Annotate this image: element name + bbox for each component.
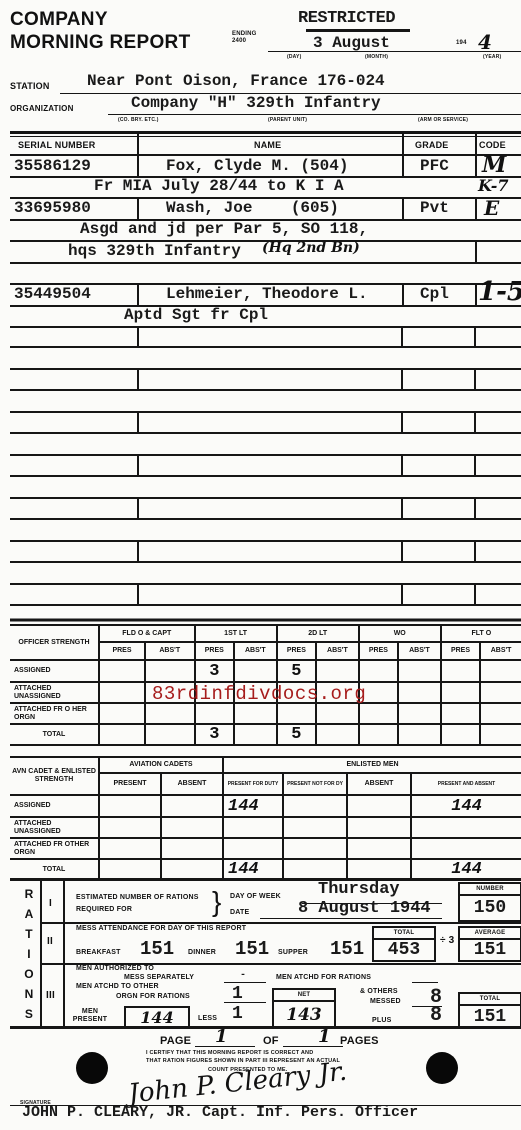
atchd-other-label-1: MEN ATCHD TO OTHER xyxy=(76,983,159,990)
form-title-line1: COMPANY xyxy=(10,10,108,30)
mess-sep-line xyxy=(224,982,266,983)
col-divider xyxy=(137,197,139,219)
col-header-grade: GRADE xyxy=(415,140,449,150)
officer-cell xyxy=(234,660,277,682)
officer-cell xyxy=(359,660,398,682)
total-label: TOTAL xyxy=(374,928,434,940)
rations-numeral-divider xyxy=(63,880,65,1026)
page-label: PAGE xyxy=(160,1035,191,1047)
officer-cell xyxy=(441,660,480,682)
watermark-text: 83rdinfdivdocs.org xyxy=(152,683,366,705)
enlisted-cell: 144 xyxy=(411,859,521,880)
officer-signature: John P. Cleary Jr. xyxy=(127,1057,348,1110)
officer-cell xyxy=(234,724,277,745)
organization-value: Company "H" 329th Infantry xyxy=(131,94,381,112)
subcol-pres: PRES xyxy=(99,642,145,660)
mess-sep-value: - xyxy=(240,970,246,981)
supper-label: SUPPER xyxy=(278,949,308,956)
group-2d-lt: 2D LT xyxy=(277,625,359,642)
total-value: 453 xyxy=(374,940,434,960)
atchd-for-rations-line xyxy=(412,982,438,983)
entry-handwritten-note: (Hq 2nd Bn) xyxy=(262,240,360,256)
section-iii-numeral: III xyxy=(46,990,55,1001)
men-present-box: 144 xyxy=(124,1006,190,1028)
entry-serial: 35586129 xyxy=(14,157,91,175)
less-label: LESS xyxy=(198,1015,217,1022)
entry-serial: 33695980 xyxy=(14,199,91,217)
divide-by-three: ÷ 3 xyxy=(440,935,454,946)
section-i-numeral: I xyxy=(49,898,52,909)
number-value: 150 xyxy=(460,896,520,920)
net-value: 143 xyxy=(274,1002,334,1028)
officer-cell xyxy=(99,660,145,682)
subcol-pres: PRES xyxy=(441,642,480,660)
officer-cell xyxy=(398,703,441,724)
plus-value: 8 xyxy=(430,1004,442,1027)
officer-cell xyxy=(398,724,441,745)
subcol-abst: ABS'T xyxy=(480,642,521,660)
organization-line xyxy=(108,114,521,115)
enlisted-cell xyxy=(283,859,347,880)
mess-sep-label-2: MESS SEPARATELY xyxy=(124,974,194,981)
enlisted-cell: 144 xyxy=(411,795,521,817)
enlisted-cell xyxy=(99,838,161,859)
col-absent: ABSENT xyxy=(161,773,223,795)
table-top-border xyxy=(10,131,521,134)
enlisted-cell xyxy=(161,795,223,817)
side-letter: O xyxy=(22,964,36,984)
enlisted-cell xyxy=(99,859,161,880)
officer-cell xyxy=(145,660,195,682)
month-caption: (MONTH) xyxy=(365,54,388,60)
col-present-and-absent: PRESENT AND ABSENT xyxy=(411,773,521,795)
officer-cell xyxy=(234,703,277,724)
enlisted-cell xyxy=(99,817,161,838)
year-line xyxy=(470,51,521,52)
blank-entry-rows xyxy=(10,326,521,626)
row-label-total: TOTAL xyxy=(10,859,99,880)
officer-cell xyxy=(316,703,359,724)
ruled-lines-graphic xyxy=(10,326,521,626)
rations-bottom-border xyxy=(10,1026,521,1029)
enlisted-cell xyxy=(347,838,411,859)
col-header-serial: SERIAL NUMBER xyxy=(18,140,95,150)
entry-serial: 35449504 xyxy=(14,285,91,303)
men-present-label: MEN PRESENT xyxy=(70,1008,110,1024)
breakfast-value: 151 xyxy=(140,938,174,960)
side-letter: S xyxy=(22,1004,36,1024)
entry-code: 1-5 xyxy=(478,277,521,307)
average-value: 151 xyxy=(460,940,520,960)
officer-cell: 3 xyxy=(195,660,234,682)
officer-cell xyxy=(99,703,145,724)
col-divider xyxy=(475,240,477,262)
side-letter: N xyxy=(22,984,36,1004)
year-caption: (YEAR) xyxy=(483,54,501,60)
classification-stamp: RESTRICTED xyxy=(298,9,395,28)
side-letter: R xyxy=(22,884,36,904)
officer-cell xyxy=(99,682,145,703)
col-divider xyxy=(402,283,404,305)
date-line xyxy=(260,918,442,919)
day-of-week-label: DAY OF WEEK xyxy=(230,893,281,900)
group-aviation-cadets: AVIATION CADETS xyxy=(99,757,223,773)
group-fld-o-capt: FLD O & CAPT xyxy=(99,625,195,642)
certify-line-1: I CERTIFY THAT THIS MORNING REPORT IS CO… xyxy=(146,1050,313,1056)
col-present-not-for-duty: PRESENT NOT FOR DY xyxy=(283,773,347,795)
row-label-attached-other-orgn: ATTACHED FR O HER ORGN xyxy=(10,703,99,724)
col-divider xyxy=(402,197,404,219)
station-value: Near Pont Oison, France 176-024 xyxy=(87,72,385,90)
men-present-value: 144 xyxy=(126,1008,188,1028)
average-box: AVERAGE 151 xyxy=(458,926,521,962)
enlisted-cell xyxy=(283,795,347,817)
subcol-abst: ABS'T xyxy=(234,642,277,660)
subcol-abst: ABS'T xyxy=(398,642,441,660)
group-enlisted-men: ENLISTED MEN xyxy=(223,757,521,773)
group-flt-o: FLT O xyxy=(441,625,521,642)
row-label-assigned: ASSIGNED xyxy=(10,660,99,682)
header-row-line xyxy=(10,154,521,156)
col-divider xyxy=(402,154,404,176)
group-1st-lt: 1ST LT xyxy=(195,625,277,642)
enlisted-cell xyxy=(347,817,411,838)
subcol-abst: ABS'T xyxy=(145,642,195,660)
row-label-attached-unassigned: ATTACHED UNASSIGNED xyxy=(10,682,99,703)
enlisted-cell: 144 xyxy=(223,795,283,817)
enlisted-cell xyxy=(283,817,347,838)
enlisted-cell: 144 xyxy=(223,859,283,880)
subcol-pres: PRES xyxy=(195,642,234,660)
officer-strength-title: OFFICER STRENGTH xyxy=(10,625,99,660)
rations-total-value: 151 xyxy=(460,1006,520,1028)
officer-cell xyxy=(359,703,398,724)
dinner-value: 151 xyxy=(235,938,269,960)
officer-cell xyxy=(359,724,398,745)
total-box: TOTAL 453 xyxy=(372,926,436,962)
officer-cell xyxy=(316,660,359,682)
number-box: NUMBER 150 xyxy=(458,882,521,922)
col-header-name: NAME xyxy=(254,140,281,150)
row-line xyxy=(10,262,521,264)
officer-cell xyxy=(480,703,521,724)
pages-value: 1 xyxy=(318,1026,331,1047)
enlisted-cell xyxy=(223,817,283,838)
col-divider xyxy=(475,283,477,305)
rations-side-divider xyxy=(40,880,42,1026)
officer-cell xyxy=(441,682,480,703)
atchd-other-label-2: ORGN FOR RATIONS xyxy=(116,993,190,1000)
enlisted-cell xyxy=(347,795,411,817)
officer-cell: 3 xyxy=(195,724,234,745)
officer-cell xyxy=(195,703,234,724)
others-label-2: MESSED xyxy=(370,998,401,1005)
officer-cell xyxy=(480,724,521,745)
organization-label: ORGANIZATION xyxy=(10,104,74,113)
entry-remark: Asgd and jd per Par 5, SO 118, xyxy=(80,220,368,238)
rations-total-label: TOTAL xyxy=(460,994,520,1006)
report-date: 3 August xyxy=(313,34,390,52)
officer-cell: 5 xyxy=(277,660,316,682)
supper-value: 151 xyxy=(330,938,364,960)
pages-line xyxy=(283,1046,343,1047)
entry-code: K-7 xyxy=(478,176,509,195)
officer-cell xyxy=(316,724,359,745)
rations-top-border xyxy=(10,878,521,881)
day-of-week-value: Thursday xyxy=(318,880,400,899)
org-caption-parent: (PARENT UNIT) xyxy=(268,117,307,123)
punch-hole-left xyxy=(76,1052,108,1084)
col-divider xyxy=(475,154,477,176)
col-divider xyxy=(402,134,404,154)
station-label: STATION xyxy=(10,81,50,91)
officer-cell xyxy=(398,660,441,682)
entry-grade: Pvt xyxy=(420,199,449,217)
row-label-total: TOTAL xyxy=(10,724,99,745)
form-title-line2: MORNING REPORT xyxy=(10,33,190,53)
table-top-border-2 xyxy=(10,136,521,137)
officer-cell xyxy=(480,682,521,703)
page-value: 1 xyxy=(215,1026,228,1047)
classification-underline xyxy=(306,29,410,32)
org-caption-unit: (CO. BRY. ETC.) xyxy=(118,117,159,123)
net-label: NET xyxy=(274,990,334,1002)
section-ii-numeral: II xyxy=(47,936,53,947)
officer-cell xyxy=(277,703,316,724)
col-divider xyxy=(475,134,477,154)
breakfast-label: BREAKFAST xyxy=(76,949,121,956)
officer-cell xyxy=(398,682,441,703)
dinner-label: DINNER xyxy=(188,949,216,956)
rations-total-box: TOTAL 151 xyxy=(458,992,521,1028)
subcol-pres: PRES xyxy=(277,642,316,660)
org-caption-arm: (ARM OR SERVICE) xyxy=(418,117,468,123)
officer-cell xyxy=(145,703,195,724)
enlisted-cell xyxy=(161,859,223,880)
row-label-attached-other-orgn: ATTACHED FR OTHER ORGN xyxy=(10,838,99,859)
col-absent-enlisted: ABSENT xyxy=(347,773,411,795)
subcol-abst: ABS'T xyxy=(316,642,359,660)
col-divider xyxy=(137,283,139,305)
entry-remark: Fr MIA July 28/44 to K I A xyxy=(94,177,344,195)
day-caption: (DAY) xyxy=(287,54,301,60)
average-label: AVERAGE xyxy=(460,928,520,940)
col-divider xyxy=(137,134,139,154)
entry-grade: Cpl xyxy=(420,285,449,303)
enlisted-cell xyxy=(411,838,521,859)
entry-name: Fox, Clyde M. (504) xyxy=(166,157,348,175)
plus-label: PLUS xyxy=(372,1017,391,1024)
col-present: PRESENT xyxy=(99,773,161,795)
section-ii-label: MESS ATTENDANCE FOR DAY OF THIS REPORT xyxy=(76,925,246,932)
net-box: NET 143 xyxy=(272,988,336,1028)
officer-cell xyxy=(145,724,195,745)
row-label-assigned: ASSIGNED xyxy=(10,795,99,817)
year-prefix: 194 xyxy=(456,40,467,46)
mess-sep-label-1: MEN AUTHORIZED TO xyxy=(76,965,154,972)
side-letter: A xyxy=(22,904,36,924)
ration-date-value: 8 August 1944 xyxy=(298,899,431,918)
entry-name: Wash, Joe (605) xyxy=(166,199,339,217)
enlisted-cell xyxy=(161,838,223,859)
entry-grade: PFC xyxy=(420,157,449,175)
date-label: DATE xyxy=(230,909,249,916)
entry-remark: Aptd Sgt fr Cpl xyxy=(124,306,268,324)
punch-hole-right xyxy=(426,1052,458,1084)
atchd-other-line xyxy=(224,1002,266,1003)
enlisted-strength-label: AVN CADET & ENLISTED STRENGTH xyxy=(10,768,98,784)
others-label-1: & OTHERS xyxy=(360,988,398,995)
enlisted-cell xyxy=(283,838,347,859)
signature-typed-name: JOHN P. CLEARY, JR. Capt. Inf. Pers. Off… xyxy=(22,1104,418,1121)
officer-cell xyxy=(441,724,480,745)
enlisted-strength-table: AVN CADET & ENLISTED STRENGTH AVIATION C… xyxy=(10,756,521,881)
col-divider xyxy=(137,154,139,176)
entry-remark: hqs 329th Infantry xyxy=(68,242,241,260)
side-letter: I xyxy=(22,944,36,964)
of-label: OF xyxy=(263,1035,279,1047)
subcol-pres: PRES xyxy=(359,642,398,660)
col-present-for-duty: PRESENT FOR DUTY xyxy=(223,773,283,795)
officer-cell xyxy=(441,703,480,724)
officer-cell xyxy=(480,660,521,682)
group-wo: WO xyxy=(359,625,441,642)
rations-side-label: R A T I O N S xyxy=(22,884,36,1024)
officer-strength-label: OFFICER STRENGTH xyxy=(10,639,98,647)
enlisted-cell xyxy=(347,859,411,880)
enlisted-cell xyxy=(161,817,223,838)
atchd-other-value: 1 xyxy=(232,984,243,1004)
enlisted-cell xyxy=(411,817,521,838)
officer-cell: 5 xyxy=(277,724,316,745)
pages-label: PAGES xyxy=(340,1035,379,1047)
officer-cell xyxy=(99,724,145,745)
section-divider xyxy=(40,922,521,924)
less-value: 1 xyxy=(232,1004,243,1024)
enlisted-strength-title: AVN CADET & ENLISTED STRENGTH xyxy=(10,757,99,795)
number-label: NUMBER xyxy=(460,884,520,896)
row-label-attached-unassigned: ATTACHED UNASSIGNED xyxy=(10,817,99,838)
atchd-for-rations-label: MEN ATCHD FOR RATIONS xyxy=(276,974,371,981)
entry-code: E xyxy=(484,196,499,220)
brace-icon: } xyxy=(212,886,222,918)
entry-name: Lehmeier, Theodore L. xyxy=(166,285,368,303)
col-divider xyxy=(475,197,477,219)
section-i-label: ESTIMATED NUMBER OF RATIONS REQUIRED FOR xyxy=(76,892,211,916)
col-header-code: CODE xyxy=(479,140,506,150)
enlisted-cell xyxy=(223,838,283,859)
enlisted-cell xyxy=(99,795,161,817)
entry-code: M xyxy=(482,152,506,178)
side-letter: T xyxy=(22,924,36,944)
ending-label: ENDING 2400 xyxy=(232,31,256,45)
